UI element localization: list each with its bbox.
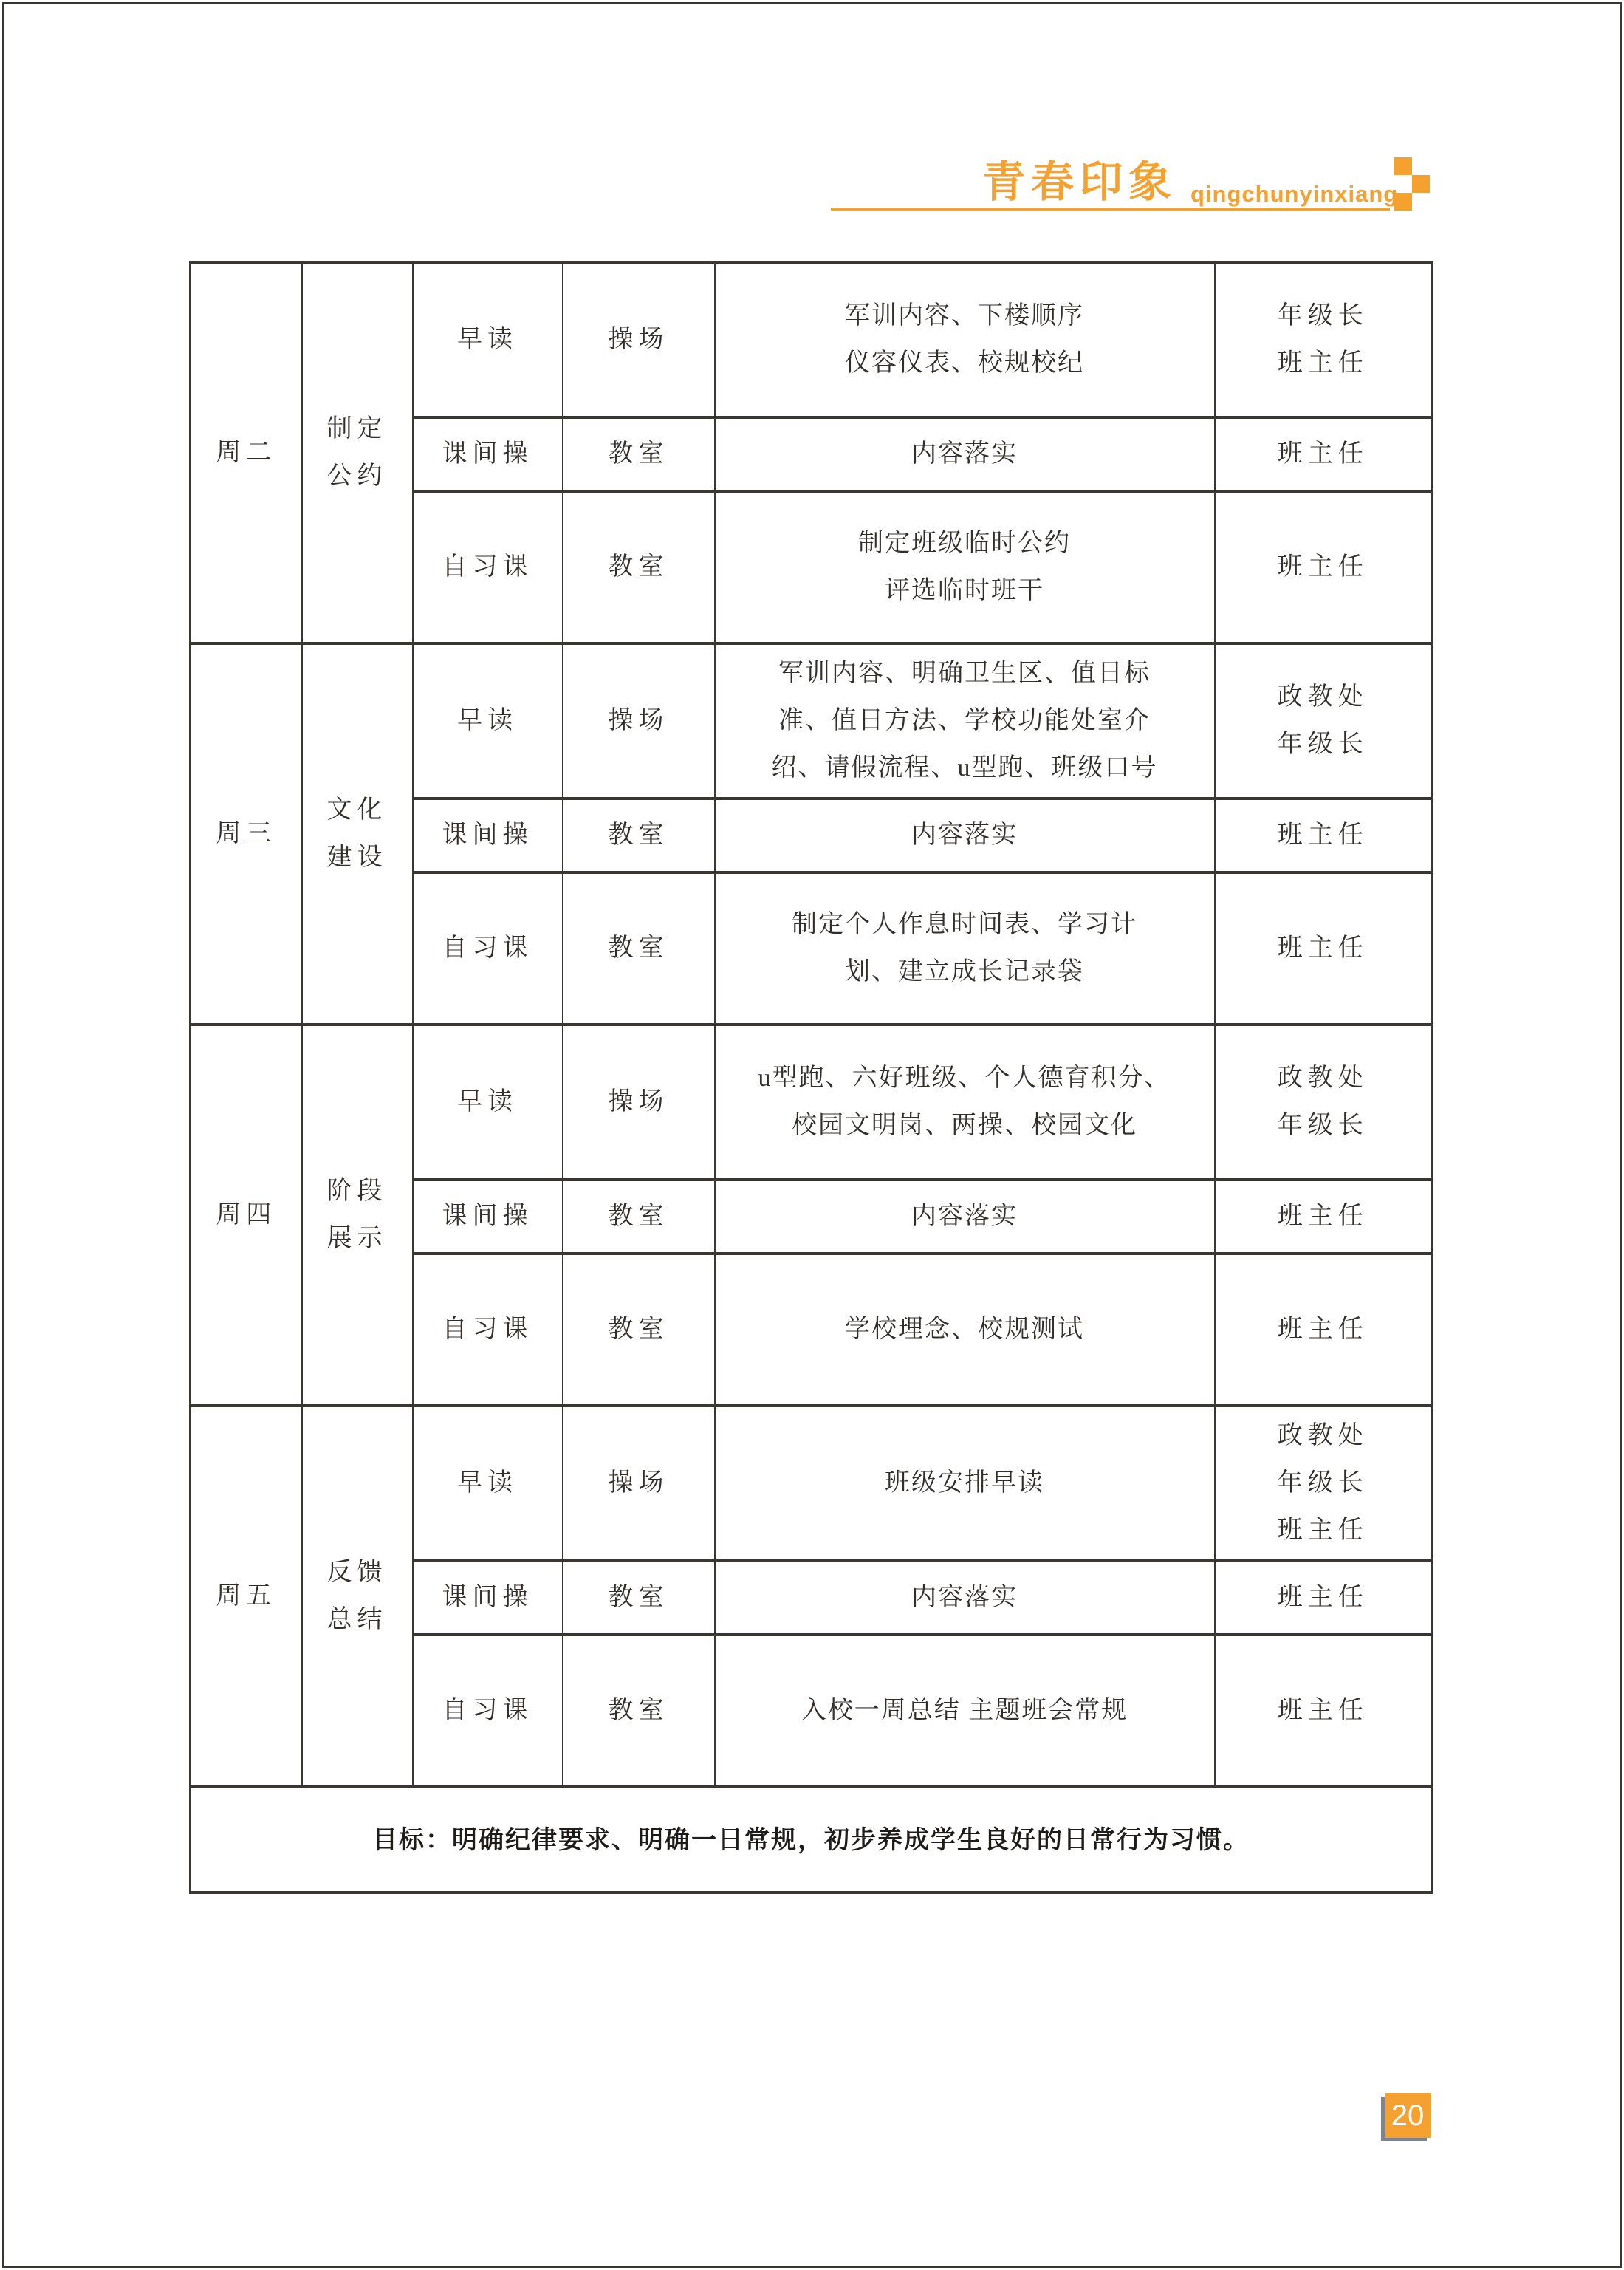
day-cell: 周二 <box>191 262 302 643</box>
period-cell: 早读 <box>413 1025 563 1180</box>
content-cell: 班级安排早读 <box>715 1406 1215 1561</box>
document-page: 青春印象 qingchunyinxiang 周二 制定 公约 早读 操场 军训内… <box>0 0 1624 2270</box>
responsible-cell: 政教处 年级长 <box>1215 1025 1432 1180</box>
period-cell: 自习课 <box>413 872 563 1025</box>
responsible-cell: 班主任 <box>1215 491 1432 643</box>
table-row: 周二 制定 公约 早读 操场 军训内容、下楼顺序 仪容仪表、校规校纪 年级长 班… <box>191 262 1432 417</box>
table-row: 周三 文化 建设 早读 操场 军训内容、明确卫生区、值日标 准、值日方法、学校功… <box>191 643 1432 799</box>
location-cell: 操场 <box>563 1406 715 1561</box>
goal-row: 目标：明确纪律要求、明确一日常规，初步养成学生良好的日常行为习惯。 <box>191 1787 1432 1893</box>
content-cell: 学校理念、校规测试 <box>715 1254 1215 1406</box>
responsible-cell: 政教处 年级长 班主任 <box>1215 1406 1432 1561</box>
content-cell: 军训内容、下楼顺序 仪容仪表、校规校纪 <box>715 262 1215 417</box>
page-number-badge: 20 <box>1385 2093 1431 2138</box>
location-cell: 教室 <box>563 1180 715 1254</box>
period-cell: 课间操 <box>413 1561 563 1635</box>
table-row: 目标：明确纪律要求、明确一日常规，初步养成学生良好的日常行为习惯。 <box>191 1787 1432 1893</box>
location-cell: 教室 <box>563 491 715 643</box>
period-cell: 课间操 <box>413 799 563 872</box>
weekly-schedule-table: 周二 制定 公约 早读 操场 军训内容、下楼顺序 仪容仪表、校规校纪 年级长 班… <box>189 261 1433 1894</box>
content-cell: u型跑、六好班级、个人德育积分、 校园文明岗、两操、校园文化 <box>715 1025 1215 1180</box>
responsible-cell: 班主任 <box>1215 1561 1432 1635</box>
brand-logo-pinyin: qingchunyinxiang <box>1190 180 1398 209</box>
content-cell: 入校一周总结 主题班会常规 <box>715 1635 1215 1787</box>
theme-cell: 阶段 展示 <box>302 1025 413 1406</box>
responsible-cell: 班主任 <box>1215 799 1432 872</box>
location-cell: 操场 <box>563 1025 715 1180</box>
location-cell: 教室 <box>563 1254 715 1406</box>
content-cell: 内容落实 <box>715 1180 1215 1254</box>
location-cell: 教室 <box>563 1561 715 1635</box>
theme-cell: 反馈 总结 <box>302 1406 413 1787</box>
location-cell: 操场 <box>563 262 715 417</box>
period-cell: 早读 <box>413 1406 563 1561</box>
location-cell: 教室 <box>563 872 715 1025</box>
period-cell: 课间操 <box>413 1180 563 1254</box>
table-row: 周五 反馈 总结 早读 操场 班级安排早读 政教处 年级长 班主任 <box>191 1406 1432 1561</box>
location-cell: 教室 <box>563 417 715 491</box>
location-cell: 教室 <box>563 799 715 872</box>
content-cell: 制定个人作息时间表、学习计 划、建立成长记录袋 <box>715 872 1215 1025</box>
theme-cell: 文化 建设 <box>302 643 413 1025</box>
responsible-cell: 年级长 班主任 <box>1215 262 1432 417</box>
day-cell: 周四 <box>191 1025 302 1406</box>
content-cell: 制定班级临时公约 评选临时班干 <box>715 491 1215 643</box>
location-cell: 教室 <box>563 1635 715 1787</box>
responsible-cell: 政教处 年级长 <box>1215 643 1432 799</box>
period-cell: 自习课 <box>413 1254 563 1406</box>
responsible-cell: 班主任 <box>1215 1254 1432 1406</box>
checker-square-icon <box>1394 157 1412 175</box>
content-cell: 内容落实 <box>715 417 1215 491</box>
period-cell: 早读 <box>413 643 563 799</box>
checker-square-icon <box>1412 175 1430 193</box>
checker-square-icon <box>1394 193 1412 211</box>
period-cell: 自习课 <box>413 1635 563 1787</box>
location-cell: 操场 <box>563 643 715 799</box>
responsible-cell: 班主任 <box>1215 417 1432 491</box>
content-cell: 内容落实 <box>715 1561 1215 1635</box>
period-cell: 课间操 <box>413 417 563 491</box>
responsible-cell: 班主任 <box>1215 872 1432 1025</box>
period-cell: 早读 <box>413 262 563 417</box>
theme-cell: 制定 公约 <box>302 262 413 643</box>
period-cell: 自习课 <box>413 491 563 643</box>
responsible-cell: 班主任 <box>1215 1180 1432 1254</box>
table-row: 周四 阶段 展示 早读 操场 u型跑、六好班级、个人德育积分、 校园文明岗、两操… <box>191 1025 1432 1180</box>
day-cell: 周三 <box>191 643 302 1025</box>
content-cell: 内容落实 <box>715 799 1215 872</box>
day-cell: 周五 <box>191 1406 302 1787</box>
responsible-cell: 班主任 <box>1215 1635 1432 1787</box>
brand-logo-chinese: 青春印象 <box>982 157 1177 208</box>
content-cell: 军训内容、明确卫生区、值日标 准、值日方法、学校功能处室介 绍、请假流程、u型跑… <box>715 643 1215 799</box>
